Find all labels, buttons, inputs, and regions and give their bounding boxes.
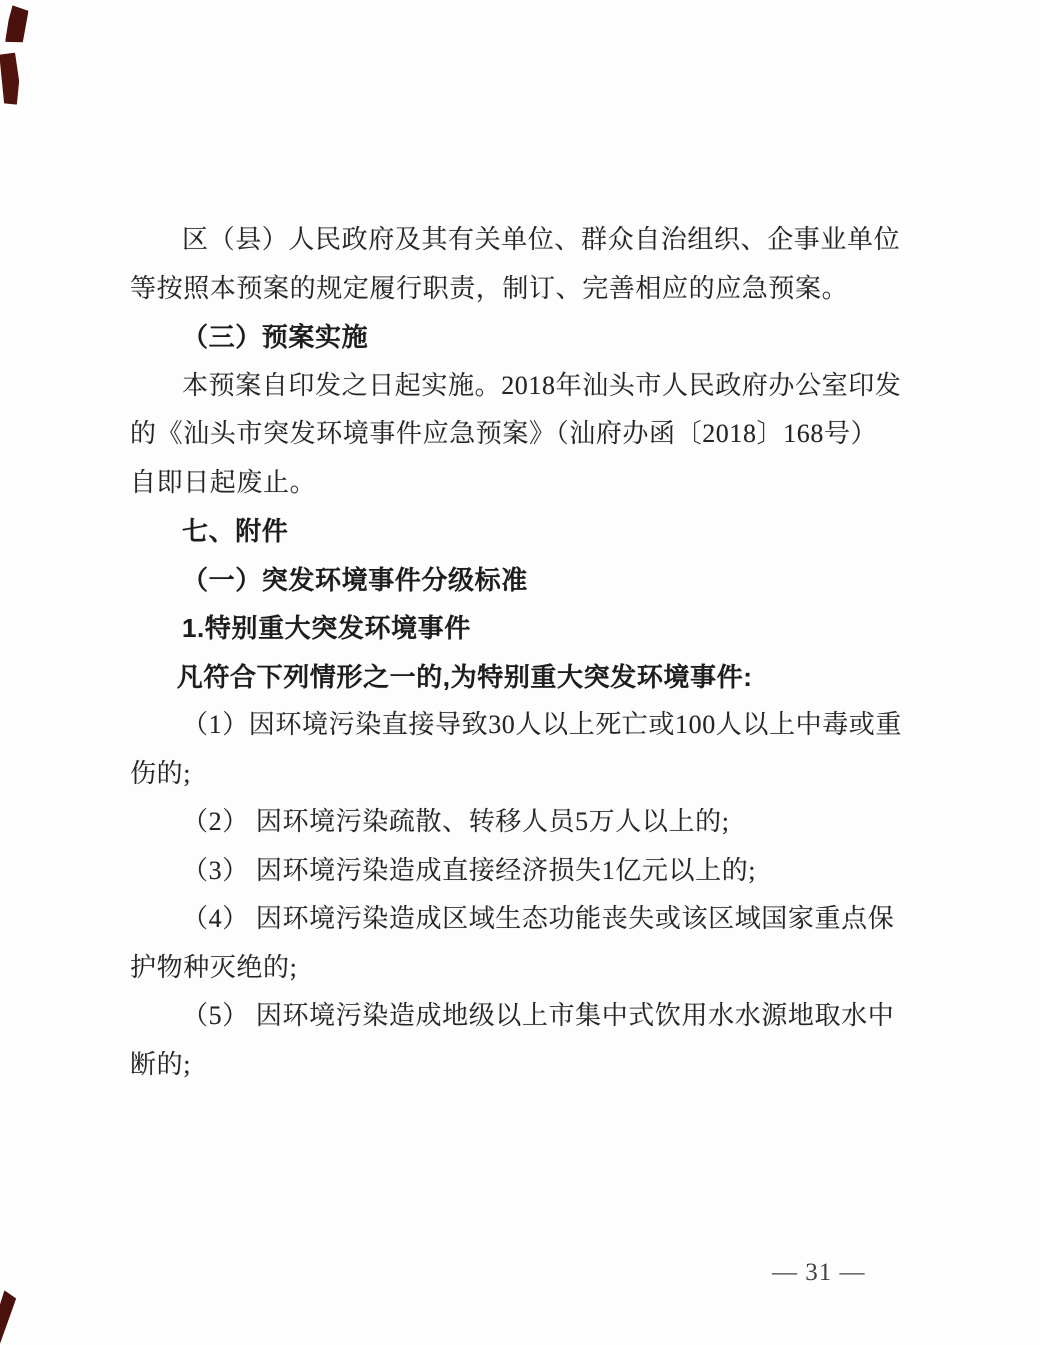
text-line: 等按照本预案的规定履行职责，制订、完善相应的应急预案。 xyxy=(130,265,914,314)
text-line: （4） 因环境污染造成区域生态功能丧失或该区域国家重点保 xyxy=(130,895,914,944)
text-line: 本预案自印发之日起实施。2018年汕头市人民政府办公室印发 xyxy=(130,362,914,411)
heading-line: （一）突发环境事件分级标准 xyxy=(130,556,914,605)
text-line: 断的; xyxy=(130,1041,914,1090)
text-line: （5） 因环境污染造成地级以上市集中式饮用水水源地取水中 xyxy=(130,992,914,1041)
heading-line: 1.特别重大突发环境事件 xyxy=(130,604,914,653)
text-line: （2） 因环境污染疏散、转移人员5万人以上的; xyxy=(130,798,914,847)
scan-mark-bottom xyxy=(0,1290,17,1345)
heading-line: （三）预案实施 xyxy=(130,313,914,362)
page-number: — 31 — xyxy=(772,1257,866,1289)
scan-mark-top-2 xyxy=(0,52,21,105)
text-line: 自即日起废止。 xyxy=(130,459,914,508)
heading-line: 七、附件 xyxy=(130,507,914,556)
document-page: 区（县）人民政府及其有关单位、群众自治组织、企事业单位等按照本预案的规定履行职责… xyxy=(0,0,1040,1345)
text-block: 区（县）人民政府及其有关单位、群众自治组织、企事业单位等按照本预案的规定履行职责… xyxy=(130,216,914,1089)
scan-mark-top-1 xyxy=(5,5,29,44)
text-line: （1）因环境污染直接导致30人以上死亡或100人以上中毒或重 xyxy=(130,701,914,750)
text-line: （3） 因环境污染造成直接经济损失1亿元以上的; xyxy=(130,847,914,896)
text-line: 伤的; xyxy=(130,750,914,799)
text-line: 的《汕头市突发环境事件应急预案》（汕府办函〔2018〕168号） xyxy=(130,410,914,459)
text-line: 护物种灭绝的; xyxy=(130,944,914,993)
text-line: 区（县）人民政府及其有关单位、群众自治组织、企事业单位 xyxy=(130,216,914,265)
heading-line: 凡符合下列情形之一的,为特别重大突发环境事件: xyxy=(130,653,914,702)
